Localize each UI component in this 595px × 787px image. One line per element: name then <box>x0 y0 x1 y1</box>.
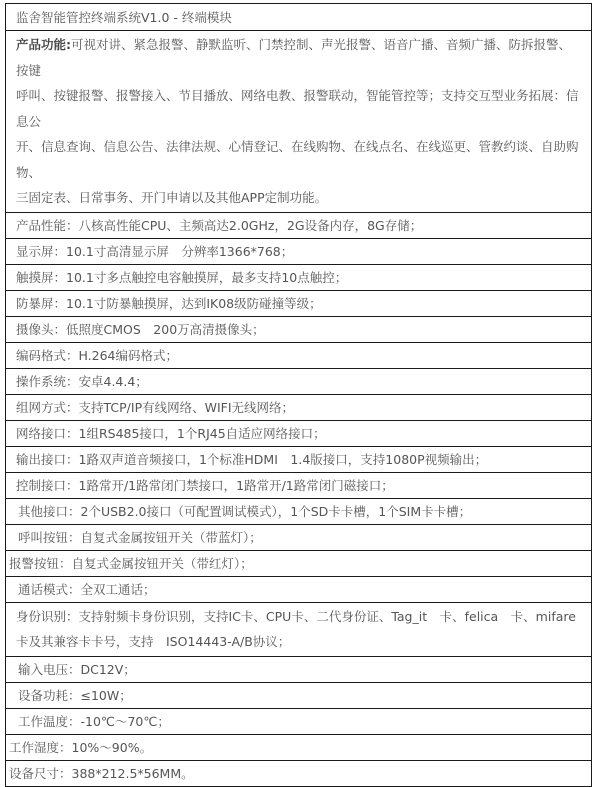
spec-output-ports: 输出接口：1路双声道音频接口，1个标准HDMI 1.4版接口，支持1080P视频… <box>6 446 592 472</box>
spec-row-network-ports: 网络接口：1组RS485接口，1个RJ45自适应网络接口； <box>6 420 592 446</box>
spec-row-display: 显示屏：10.1寸高清显示屏 分辨率1366*768； <box>6 238 592 264</box>
title-row: 监舍智能管控终端系统V1.0 - 终端模块 <box>6 4 592 31</box>
spec-riot-screen: 防暴屏：10.1寸防暴触摸屏，达到IK08级防碰撞等级； <box>6 290 592 316</box>
spec-power-consumption: 设备功耗：≤10W； <box>6 682 592 708</box>
spec-row-camera: 摄像头：低照度CMOS 200万高清摄像头； <box>6 316 592 342</box>
spec-row-operating-temperature: 工作温度：-10℃～70℃； <box>6 708 592 714</box>
spec-identification-line-1: 身份识别：支持射频卡身份识别，支持IC卡、CPU卡、二代身份证、Tag_it 卡… <box>16 609 576 624</box>
spec-other-ports: 其他接口：2个USB2.0接口（可配置调试模式），1个SD卡卡槽，1个SIM卡卡… <box>6 498 592 524</box>
spec-row-other-ports: 其他接口：2个USB2.0接口（可配置调试模式），1个SD卡卡槽，1个SIM卡卡… <box>6 498 592 524</box>
spec-identification-line-2: 卡及其兼容卡卡号，支持 ISO14443-A/B协议； <box>16 634 290 649</box>
spec-row-call-button: 呼叫按钮：自复式金属按钮开关（带蓝灯）； <box>6 524 592 550</box>
features-line-4: 三固定表、日常事务、开门申请以及其他APP定制功能。 <box>16 190 327 205</box>
spec-row-performance: 产品性能：八核高性能CPU、主频高达2.0GHz，2G设备内存，8G存储； <box>6 212 592 238</box>
spec-touchscreen: 触摸屏：10.1寸多点触控电容触摸屏，最多支持10点触控； <box>6 264 592 290</box>
spec-row-touchscreen: 触摸屏：10.1寸多点触控电容触摸屏，最多支持10点触控； <box>6 264 592 290</box>
spec-row-call-mode: 通话模式：全双工通话； <box>6 576 592 602</box>
spec-row-input-voltage: 输入电压：DC12V； <box>6 656 592 682</box>
features-line-2: 呼叫、按键报警、报警接入、节目播放、网络电教、报警联动，智能管控等；支持交互型业… <box>16 88 579 129</box>
spec-row-identification: 身份识别：支持射频卡身份识别，支持IC卡、CPU卡、二代身份证、Tag_it 卡… <box>6 602 592 656</box>
spec-call-button: 呼叫按钮：自复式金属按钮开关（带蓝灯）； <box>6 524 592 550</box>
spec-control-ports: 控制接口：1路常开/1路常闭门禁接口，1路常开/1路常闭门磁接口； <box>6 472 592 498</box>
spec-row-alarm-button: 报警按钮：自复式金属按钮开关（带红灯）； <box>6 550 592 576</box>
features-line-3: 开、信息查询、信息公告、法律法规、心情登记、在线购物、在线点名、在线巡更、管教约… <box>16 139 579 180</box>
spec-performance: 产品性能：八核高性能CPU、主频高达2.0GHz，2G设备内存，8G存储； <box>6 212 592 238</box>
spec-row-encoding: 编码格式：H.264编码格式； <box>6 342 592 368</box>
page-title: 监舍智能管控终端系统V1.0 - 终端模块 <box>6 4 592 31</box>
spec-os: 操作系统：安卓4.4.4； <box>6 368 592 394</box>
spec-row-os: 操作系统：安卓4.4.4； <box>6 368 592 394</box>
spec-row-networking: 组网方式：支持TCP/IP有线网络、WIFI无线网络； <box>6 394 592 420</box>
features-line-1: 可视对讲、紧急报警、静默监听、门禁控制、声光报警、语音广播、音频广播、防拆报警、… <box>16 37 571 78</box>
spec-table: 监舍智能管控终端系统V1.0 - 终端模块 产品功能:可视对讲、紧急报警、静默监… <box>5 3 592 714</box>
features-cell: 产品功能:可视对讲、紧急报警、静默监听、门禁控制、声光报警、语音广播、音频广播、… <box>6 31 592 213</box>
features-row: 产品功能:可视对讲、紧急报警、静默监听、门禁控制、声光报警、语音广播、音频广播、… <box>6 31 592 213</box>
spec-input-voltage: 输入电压：DC12V； <box>6 656 592 682</box>
spec-row-output-ports: 输出接口：1路双声道音频接口，1个标准HDMI 1.4版接口，支持1080P视频… <box>6 446 592 472</box>
spec-network-ports: 网络接口：1组RS485接口，1个RJ45自适应网络接口； <box>6 420 592 446</box>
spec-identification: 身份识别：支持射频卡身份识别，支持IC卡、CPU卡、二代身份证、Tag_it 卡… <box>6 602 592 656</box>
spec-networking: 组网方式：支持TCP/IP有线网络、WIFI无线网络； <box>6 394 592 420</box>
spec-call-mode: 通话模式：全双工通话； <box>6 576 592 602</box>
spec-camera: 摄像头：低照度CMOS 200万高清摄像头； <box>6 316 592 342</box>
spec-row-riot-screen: 防暴屏：10.1寸防暴触摸屏，达到IK08级防碰撞等级； <box>6 290 592 316</box>
spec-alarm-button: 报警按钮：自复式金属按钮开关（带红灯）； <box>6 550 592 576</box>
spec-operating-temperature: 工作温度：-10℃～70℃； <box>6 708 592 714</box>
spec-row-control-ports: 控制接口：1路常开/1路常闭门禁接口，1路常开/1路常闭门磁接口； <box>6 472 592 498</box>
spec-display: 显示屏：10.1寸高清显示屏 分辨率1366*768； <box>6 238 592 264</box>
spec-encoding: 编码格式：H.264编码格式； <box>6 342 592 368</box>
spec-row-power-consumption: 设备功耗：≤10W； <box>6 682 592 708</box>
features-label: 产品功能: <box>16 37 71 52</box>
